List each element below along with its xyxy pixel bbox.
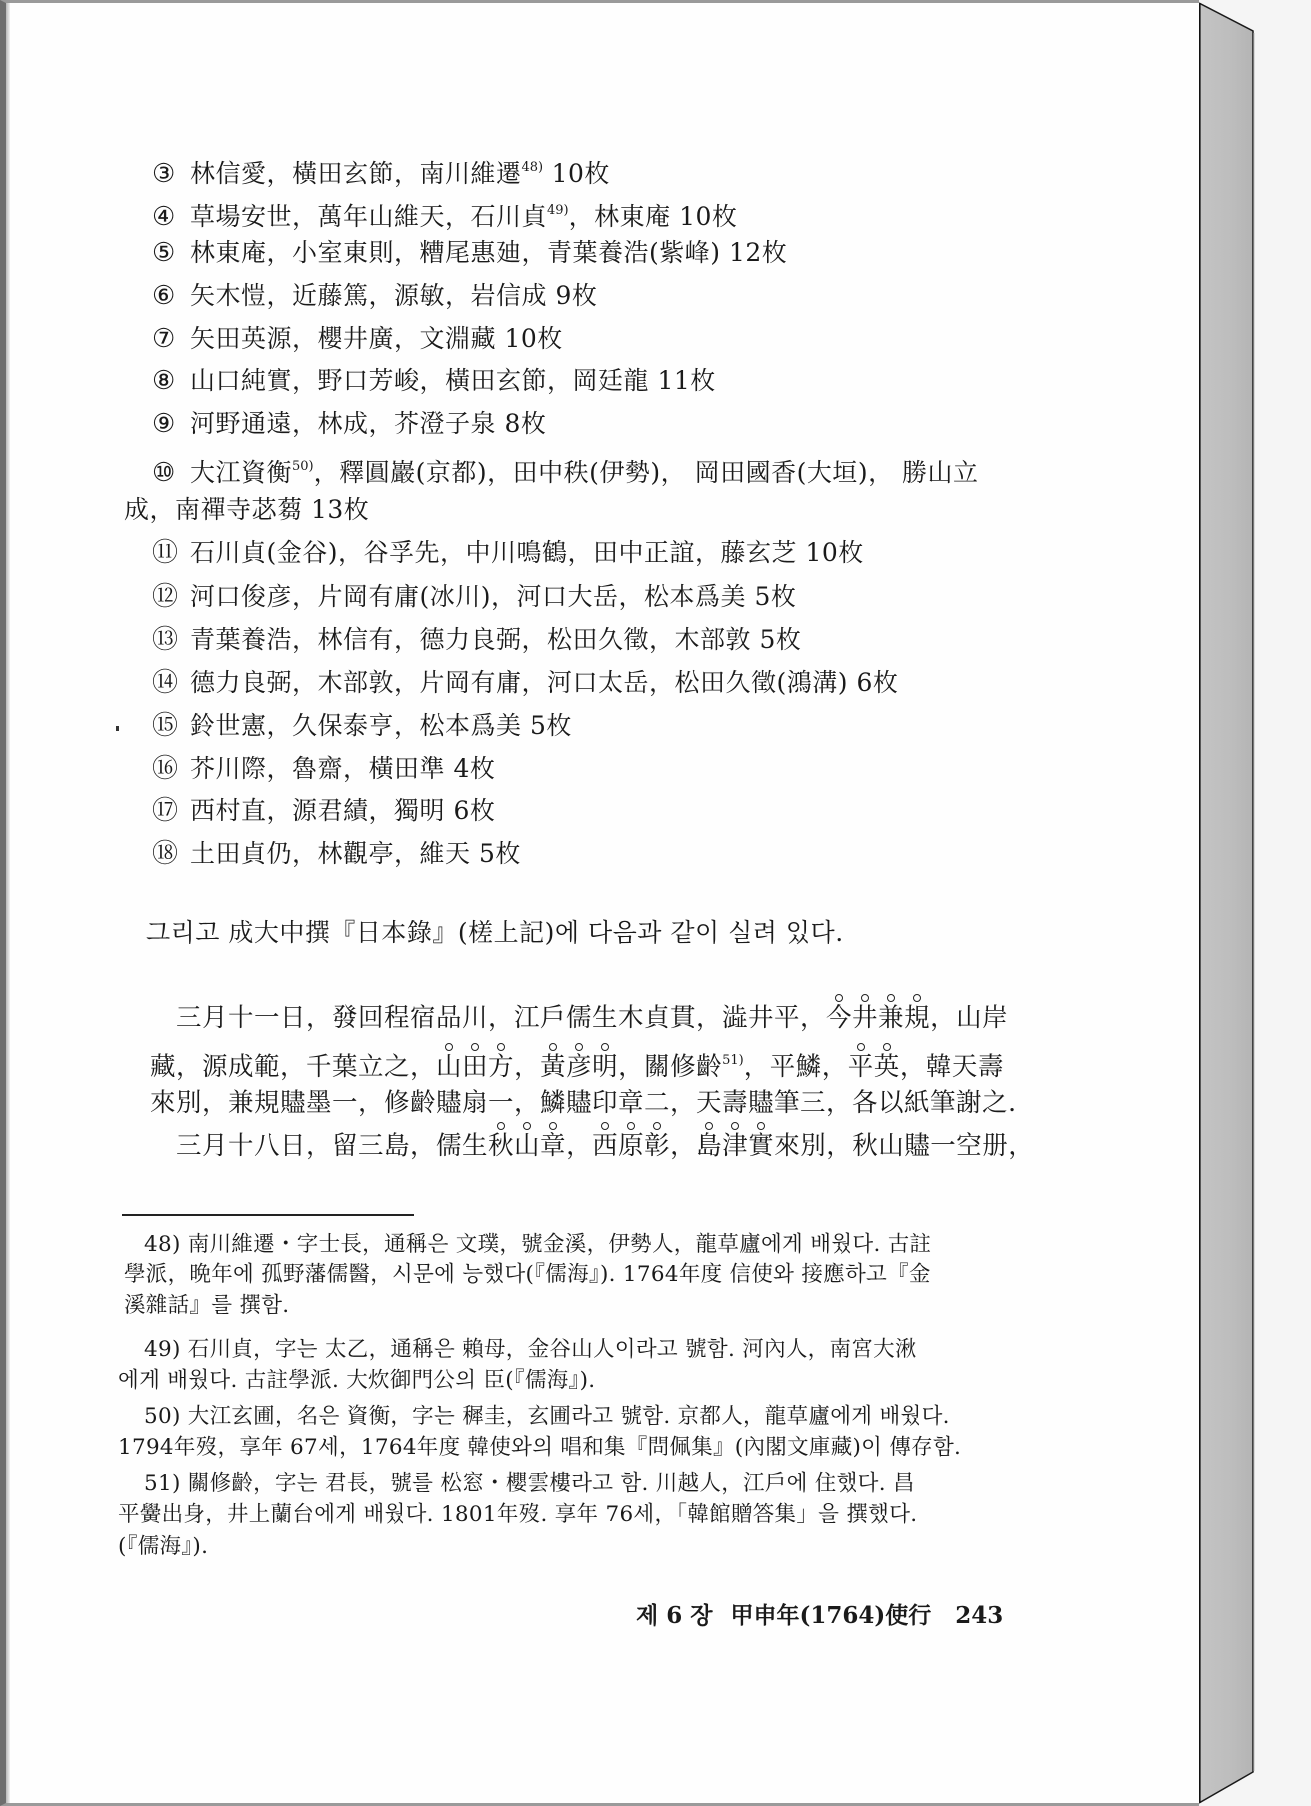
- emphasis-char: 規: [904, 1003, 930, 1033]
- list-item: ⑩大江資衡50)，釋圓巖(京都)，田中秩(伊勢)， 岡田國香(大垣)， 勝山立: [152, 452, 979, 488]
- list-item-continuation: 成，南禪寺苾蒭 13枚: [124, 495, 369, 525]
- footnote-50-line-2: 1794年歿，享年 67세，1764年度 韓使와의 唱和集『問佩集』(內閣文庫藏…: [118, 1435, 961, 1461]
- page-number: 243: [955, 1602, 1003, 1629]
- footnote-48-line-3: 溪雜話』를 撰함.: [124, 1293, 289, 1319]
- list-item: ⑧山口純實，野口芳峻，橫田玄節，岡廷龍 11枚: [152, 366, 716, 396]
- quote-line-4: 三月十八日，留三島，儒生秋山章，西原彰，島津實來別，秋山贐一空册，: [176, 1131, 1034, 1161]
- list-marker: ⑧: [152, 366, 190, 396]
- emphasis-char: 方: [488, 1052, 514, 1082]
- list-marker: ⑱: [152, 839, 190, 869]
- emphasis-char: 彰: [644, 1131, 670, 1161]
- footnote-51-line-3: (『儒海』).: [118, 1534, 208, 1560]
- footnote-51-line-1: 51) 關修齡，字는 君長，號를 松窓・櫻雲樓라고 함. 川越人，江戶에 住했다…: [144, 1471, 915, 1497]
- emphasis-char: 田: [462, 1052, 488, 1082]
- quote-line-1: 三月十一日，發回程宿品川，江戶儒生木貞貫，澁井平，今井兼規，山岸: [176, 1003, 1008, 1033]
- footnote-ref[interactable]: 48): [522, 160, 544, 175]
- footnote-48-line-1: 48) 南川維遷・字士長，通稱은 文璞，號金溪，伊勢人，龍草廬에게 배웠다. 古…: [144, 1232, 931, 1258]
- list-item: ⑱土田貞仍，林觀亭，維天 5枚: [152, 839, 521, 869]
- footnote-49-line-2: 에게 배웠다. 古註學派. 大炊御門公의 臣(『儒海』).: [118, 1368, 595, 1394]
- quote-line-2: 藏，源成範，千葉立之，山田方，黃彦明，關修齡51)，平鱗，平英，韓天壽: [150, 1046, 1004, 1082]
- footnote-ref[interactable]: 50): [292, 459, 314, 474]
- emphasis-char: 島: [696, 1131, 722, 1161]
- emphasis-char: 明: [592, 1052, 618, 1082]
- emphasis-char: 彦: [566, 1052, 592, 1082]
- list-item: ⑬青葉養浩，林信有，德力良弼，松田久徵，木部敦 5枚: [152, 625, 801, 655]
- footnote-51-line-2: 平黌出身，井上蘭台에게 배웠다. 1801年歿. 享年 76세，「韓館贈答集」을…: [118, 1502, 917, 1528]
- list-marker: ⑪: [152, 538, 190, 568]
- list-marker: ⑩: [152, 458, 190, 488]
- emphasis-char: 原: [618, 1131, 644, 1161]
- footnote-separator: [122, 1214, 414, 1216]
- quote-line-3: 來別，兼規贐墨一，修齡贐扇一，鱗贐印章二，天壽贐筆三，各以紙筆謝之.: [150, 1088, 1017, 1118]
- list-item: ⑦矢田英源，櫻井廣，文淵藏 10枚: [152, 324, 563, 354]
- list-marker: ⑮: [152, 711, 190, 741]
- emphasis-char: 井: [852, 1003, 878, 1033]
- list-marker: ④: [152, 202, 190, 232]
- list-item: ⑨河野通遠，林成，芥澄子泉 8枚: [152, 409, 546, 439]
- running-footer: 제 6 장甲申年(1764)使行243: [636, 1597, 1003, 1630]
- list-marker: ⑦: [152, 324, 190, 354]
- list-item: ⑥矢木愷，近藤篤，源敏，岩信成 9枚: [152, 281, 597, 311]
- list-marker: ③: [152, 159, 190, 189]
- emphasis-char: 黃: [540, 1052, 566, 1082]
- book-spine-edge: [1199, 0, 1255, 1806]
- list-item: ⑭德力良弼，木部敦，片岡有庸，河口太岳，松田久徵(鴻溝) 6枚: [152, 668, 898, 698]
- emphasis-char: 兼: [878, 1003, 904, 1033]
- footnote-50-line-1: 50) 大江玄圃，名은 資衡，字는 穉圭，玄圃라고 號함. 京都人，龍草廬에게 …: [144, 1404, 950, 1430]
- emphasis-char: 西: [592, 1131, 618, 1161]
- list-item: ⑮鈴世憲，久保泰亨，松本爲美 5枚: [152, 711, 572, 741]
- emphasis-char: 山: [436, 1052, 462, 1082]
- footnote-ref[interactable]: 49): [547, 203, 569, 218]
- scan-speck: [116, 726, 119, 731]
- page-content: ③林信愛，橫田玄節，南川維遷48) 10枚 ④草場安世，萬年山維天，石川貞49)…: [0, 0, 1199, 1806]
- list-item: ⑯芥川際，魯齋，橫田準 4枚: [152, 754, 495, 784]
- list-item: ⑫河口俊彦，片岡有庸(冰川)，河口大岳，松本爲美 5枚: [152, 582, 796, 612]
- emphasis-char: 實: [748, 1131, 774, 1161]
- list-item: ④草場安世，萬年山維天，石川貞49)，林東庵 10枚: [152, 196, 737, 232]
- intro-paragraph: 그리고 成大中撰『日本錄』(槎上記)에 다음과 같이 실려 있다.: [146, 918, 844, 948]
- chapter-title: 甲申年(1764)使行: [730, 1602, 931, 1629]
- list-marker: ⑰: [152, 796, 190, 826]
- emphasis-char: 秋: [488, 1131, 514, 1161]
- list-item: ⑪石川貞(金谷)，谷孚先，中川鳴鶴，田中正誼，藤玄芝 10枚: [152, 538, 864, 568]
- emphasis-char: 津: [722, 1131, 748, 1161]
- list-marker: ⑯: [152, 754, 190, 784]
- chapter-label: 제 6 장: [636, 1602, 712, 1629]
- emphasis-char: 今: [826, 1003, 852, 1033]
- list-marker: ⑬: [152, 625, 190, 655]
- footnote-49-line-1: 49) 石川貞，字는 太乙，通稱은 賴母，金谷山人이라고 號함. 河內人，南宮大…: [144, 1337, 917, 1363]
- list-marker: ⑫: [152, 582, 190, 612]
- list-marker: ⑤: [152, 238, 190, 268]
- list-marker: ⑨: [152, 409, 190, 439]
- list-marker: ⑥: [152, 281, 190, 311]
- emphasis-char: 英: [874, 1052, 900, 1082]
- emphasis-char: 山: [514, 1131, 540, 1161]
- footnote-ref[interactable]: 51): [722, 1053, 744, 1068]
- list-item: ③林信愛，橫田玄節，南川維遷48) 10枚: [152, 153, 610, 189]
- footnote-48-line-2: 學派，晩年에 孤野藩儒醫，시문에 능했다(『儒海』). 1764年度 信使와 接…: [124, 1262, 931, 1288]
- emphasis-char: 章: [540, 1131, 566, 1161]
- list-item: ⑰西村直，源君績，獨明 6枚: [152, 796, 495, 826]
- list-item: ⑤林東庵，小室東則，糟尾惠廸，青葉養浩(紫峰) 12枚: [152, 238, 787, 268]
- list-marker: ⑭: [152, 668, 190, 698]
- emphasis-char: 平: [848, 1052, 874, 1082]
